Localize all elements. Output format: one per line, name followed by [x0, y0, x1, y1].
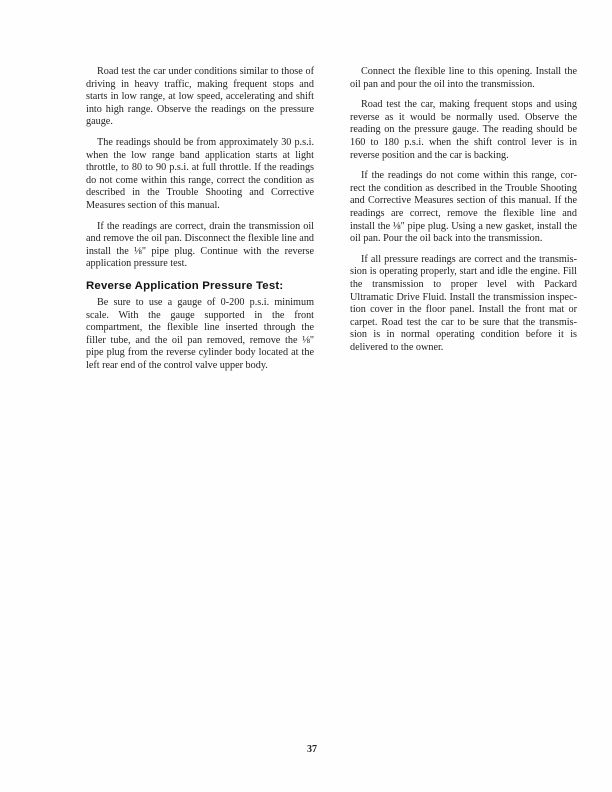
paragraph-drain-transmission: If the readings are correct, drain the t…	[86, 221, 314, 271]
right-column: Connect the flexible line to this openin…	[350, 66, 577, 362]
section-heading-reverse-application: Reverse Application Pressure Test:	[86, 279, 314, 293]
paragraph-connect-line: Connect the flexible line to this openin…	[350, 66, 577, 91]
paragraph-road-test-reverse: Road test the car, making frequent stops…	[350, 99, 577, 162]
document-page: Road test the car under conditions simil…	[0, 0, 612, 792]
left-column: Road test the car under conditions simil…	[86, 66, 314, 380]
page-number: 37	[302, 744, 322, 755]
paragraph-corrective-measures: If the readings do not come within this …	[350, 170, 577, 246]
paragraph-road-test-low-range: Road test the car under conditions simil…	[86, 66, 314, 129]
paragraph-gauge-setup: Be sure to use a gauge of 0-200 p.s.i. m…	[86, 297, 314, 373]
paragraph-final-steps: If all pressure readings are correct and…	[350, 254, 577, 355]
paragraph-readings-range: The readings should be from approximatel…	[86, 137, 314, 213]
